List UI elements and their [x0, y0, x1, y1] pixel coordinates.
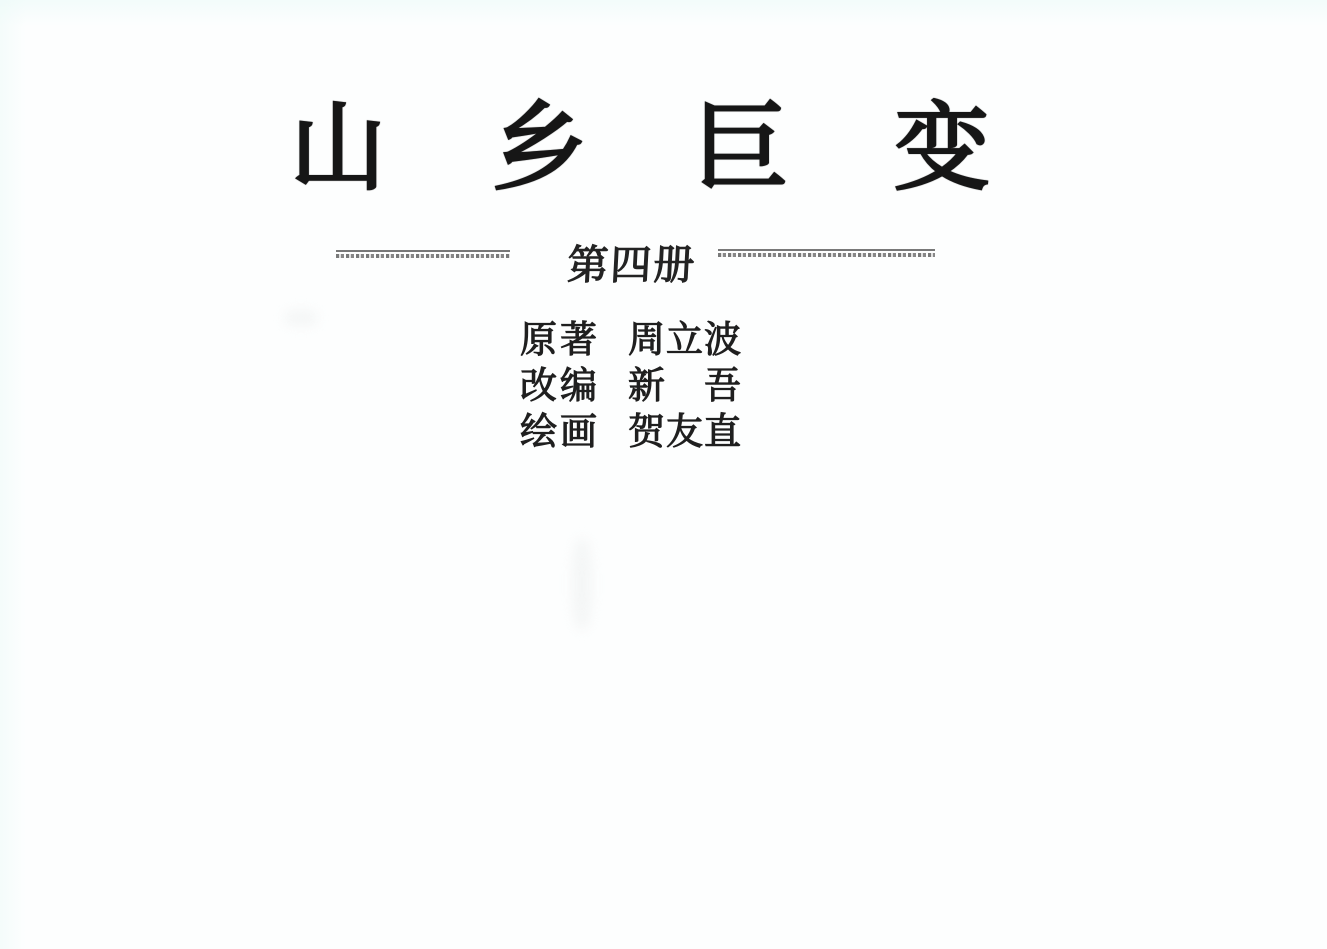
credits-block: 原著 周立波 改编 新 吾 绘画 贺友直: [520, 318, 742, 456]
title-char-1: 山: [290, 96, 386, 202]
title-char-4: 变: [894, 96, 990, 202]
decorative-rule-right: [718, 249, 935, 257]
credit-name-value: 贺友直: [628, 410, 742, 456]
volume-row: 第四册: [0, 232, 1327, 282]
decorative-rule-left: [336, 250, 510, 258]
credit-role-label: 改编: [520, 364, 600, 410]
credit-row-adapter: 改编 新 吾: [520, 364, 742, 410]
credit-row-original-author: 原著 周立波: [520, 318, 742, 364]
credit-row-illustrator: 绘画 贺友直: [520, 410, 742, 456]
credit-role-label: 原著: [520, 318, 600, 364]
volume-label: 第四册: [560, 232, 703, 291]
credit-name-value: 周立波: [628, 318, 742, 364]
scan-artifact-spot: [284, 310, 318, 326]
book-title: 山 乡 巨 变: [290, 96, 990, 202]
credit-role-label: 绘画: [520, 410, 600, 456]
credit-name-value: 新 吾: [628, 364, 742, 410]
title-char-2: 乡: [491, 96, 587, 202]
scan-artifact-smudge: [572, 538, 592, 630]
title-char-3: 巨: [693, 96, 789, 202]
book-title-page: 山 乡 巨 变 第四册 原著 周立波 改编 新 吾 绘画 贺友直: [0, 0, 1327, 949]
